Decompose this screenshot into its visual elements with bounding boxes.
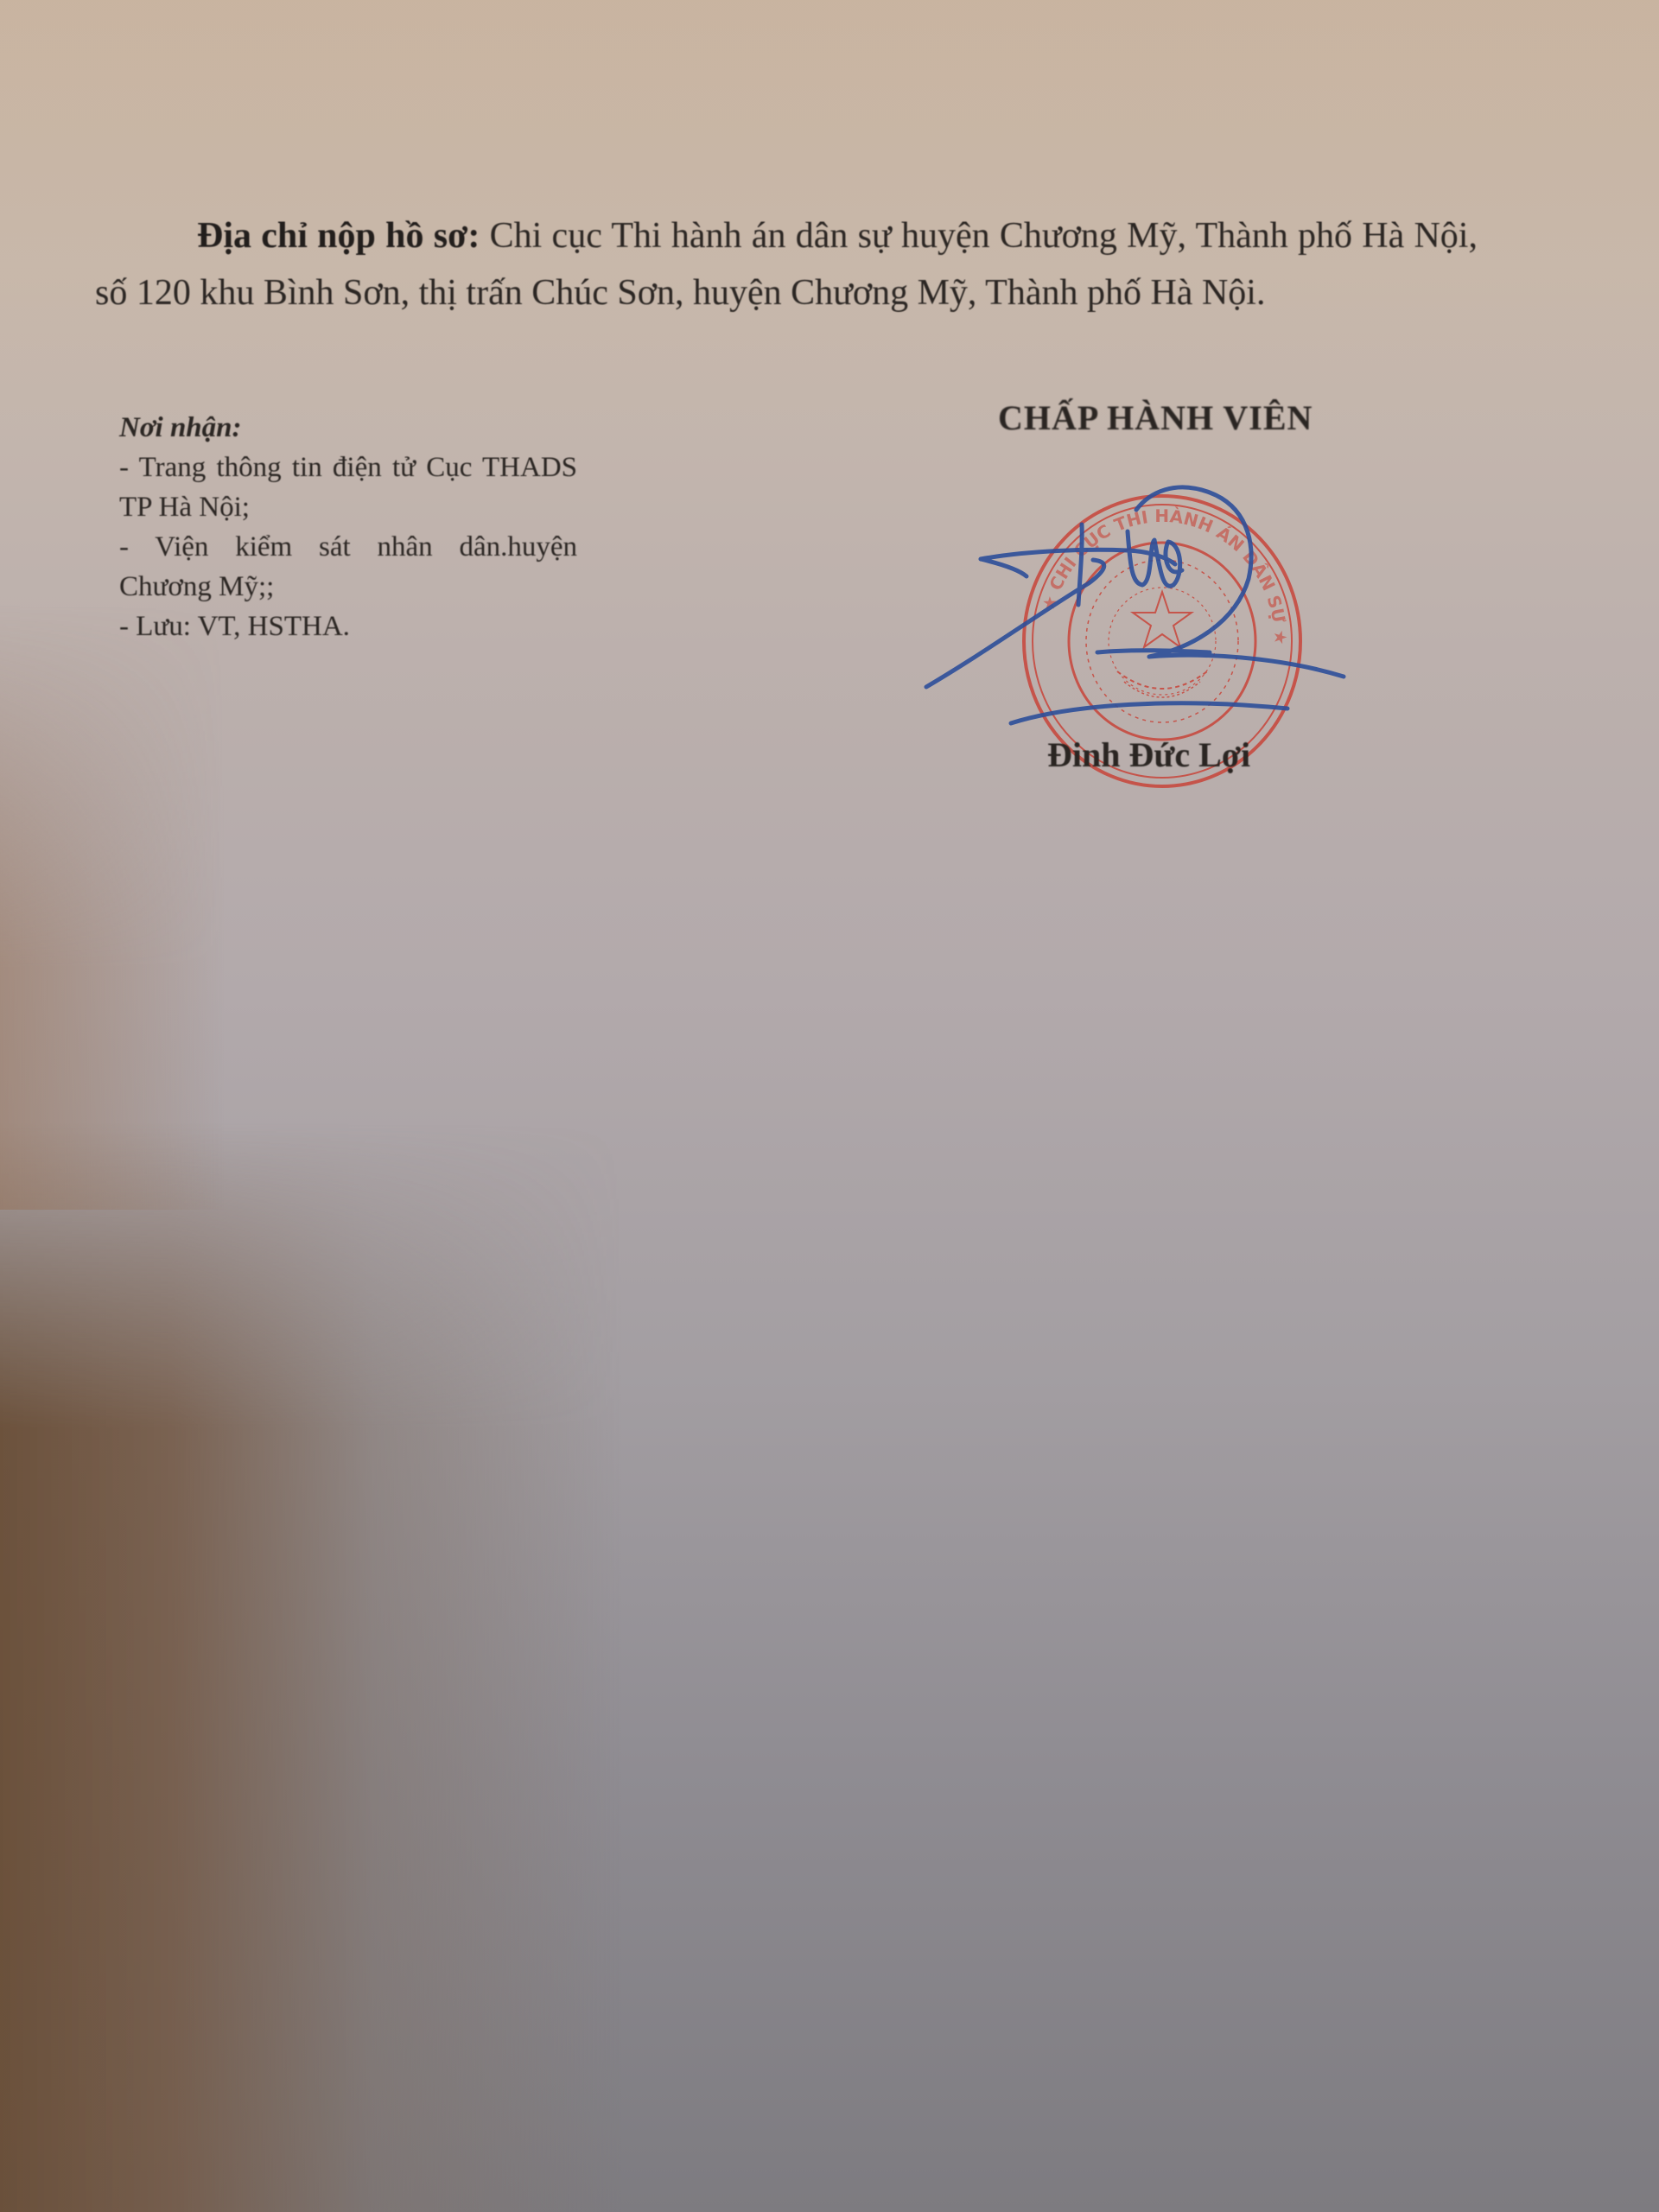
recipient-item: - Trang thông tin điện tử Cục THADS TP H… [119,448,577,527]
submission-address-paragraph: Địa chỉ nộp hồ sơ: Chi cục Thi hành án d… [95,207,1478,321]
recipients-title: Nơi nhận: [119,408,577,448]
recipients-block: Nơi nhận: - Trang thông tin điện tử Cục … [119,408,577,646]
signer-name: Đinh Đức Lợi [1047,734,1250,775]
signature-block: CHẤP HÀNH VIÊN ★ CHI CỤC THI HÀNH ÁN DÂN… [916,393,1573,808]
recipient-item: - Lưu: VT, HSTHA. [119,607,577,646]
address-label: Địa chỉ nộp hồ sơ: [95,216,480,256]
recipient-item: - Viện kiểm sát nhân dân.huyện Chương Mỹ… [119,527,577,607]
photo-shadow [0,0,778,2212]
